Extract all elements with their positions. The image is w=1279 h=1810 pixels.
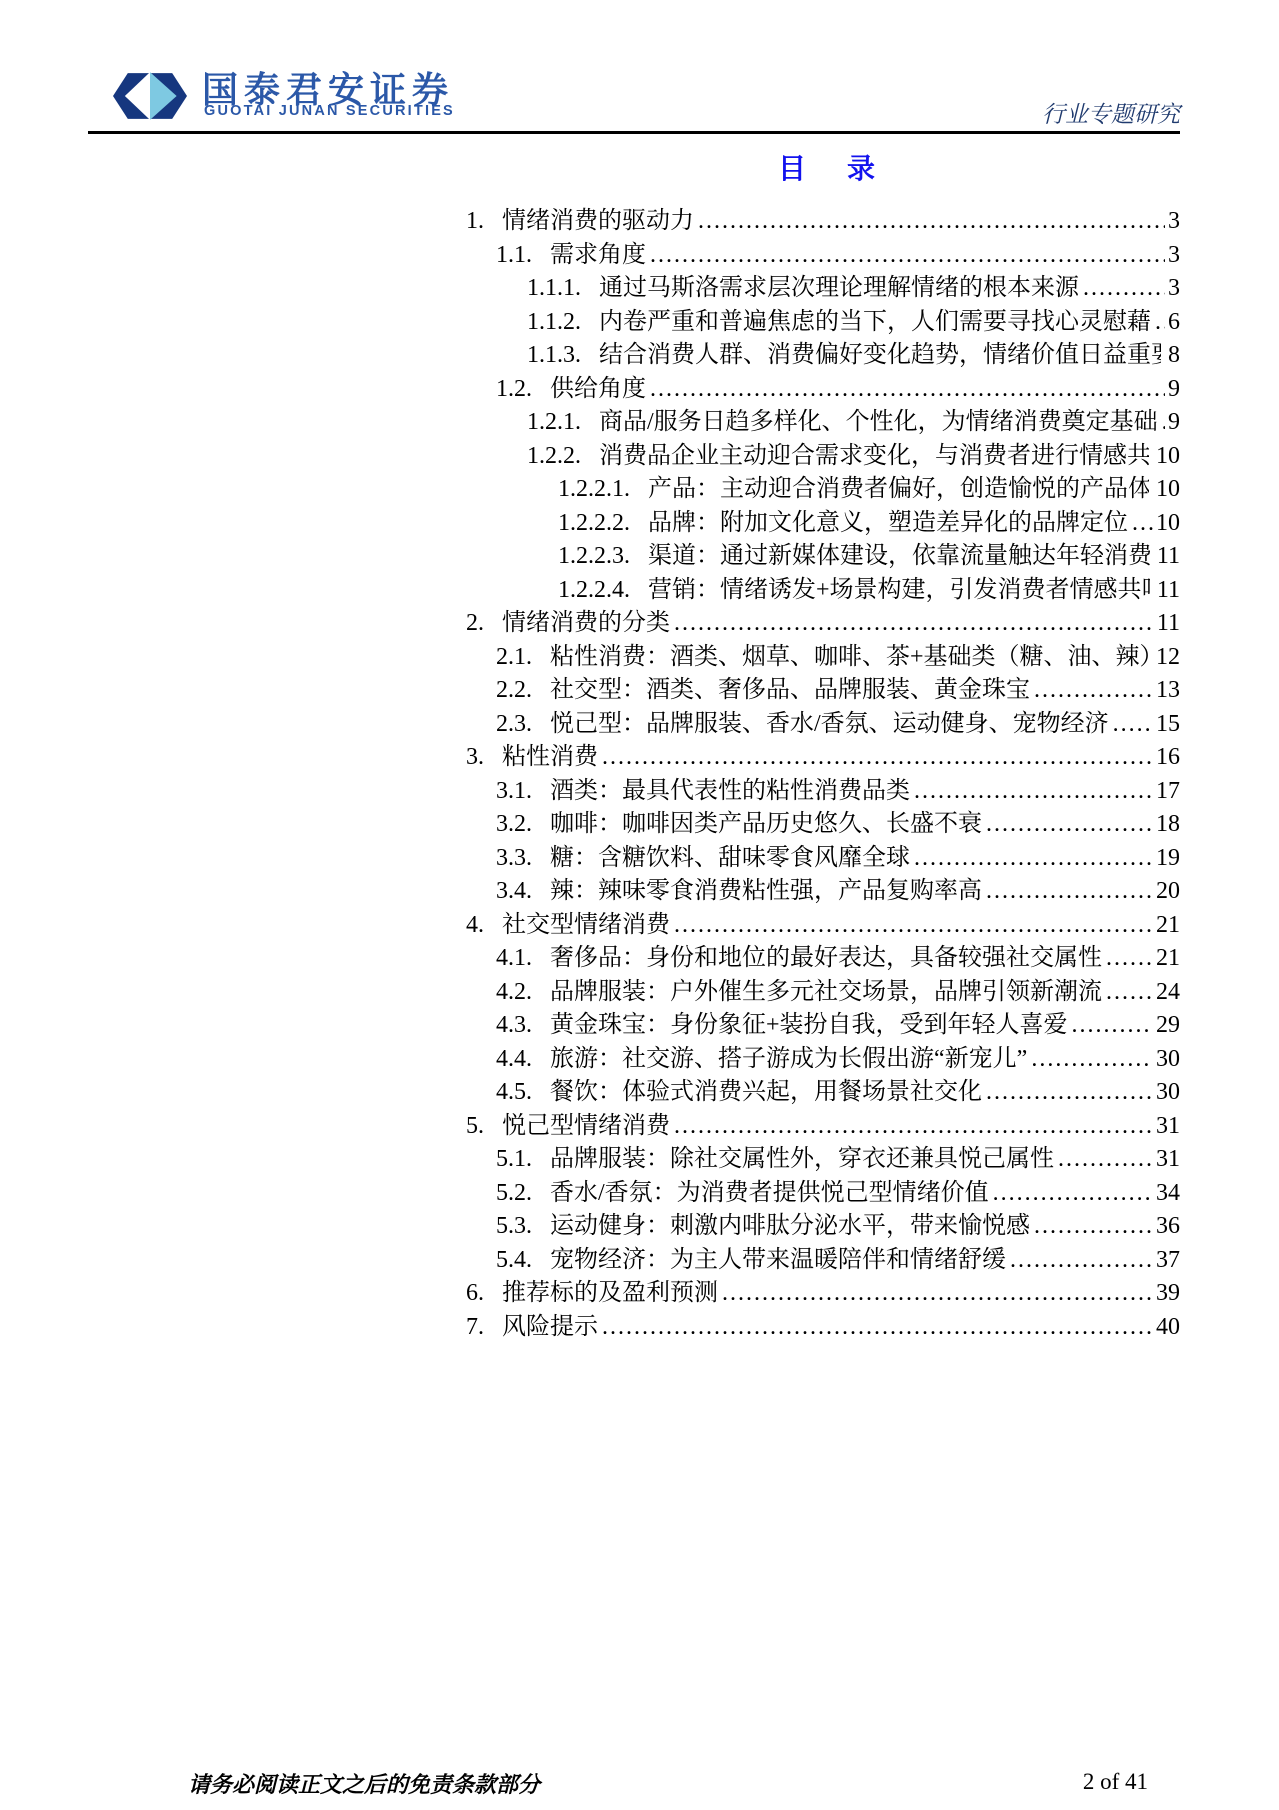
toc-entry-number: 5. <box>466 1110 484 1144</box>
toc-dot-leader <box>1149 641 1153 675</box>
toc-entry-number: 1.2.2.2. <box>558 507 630 541</box>
toc-entry[interactable]: 3.3. 糖：含糖饮料、甜味零食风靡全球 19 <box>466 842 1180 876</box>
toc-entry[interactable]: 7. 风险提示 40 <box>466 1311 1180 1345</box>
toc-entry-page: 11 <box>1157 607 1180 641</box>
toc-entry-page: 17 <box>1156 775 1180 809</box>
toc-entry-page: 21 <box>1156 909 1180 943</box>
toc-entry-page: 15 <box>1156 708 1180 742</box>
toc-entry-page: 39 <box>1156 1277 1180 1311</box>
toc-dot-leader <box>1054 1143 1153 1177</box>
toc-dot-leader <box>1102 942 1153 976</box>
toc-entry-title: 社交型：酒类、奢侈品、品牌服装、黄金珠宝 <box>550 674 1030 708</box>
toc-entry-number: 1.2.2.3. <box>558 540 630 574</box>
toc-dot-leader <box>670 1110 1153 1144</box>
toc-entry[interactable]: 4.5. 餐饮：体验式消费兴起，用餐场景社交化 30 <box>466 1076 1180 1110</box>
toc-entry-number: 4. <box>466 909 484 943</box>
toc-entry-page: 36 <box>1156 1210 1180 1244</box>
toc-entry-title: 品牌：附加文化意义，塑造差异化的品牌定位 <box>648 507 1128 541</box>
toc-entry-page: 19 <box>1156 842 1180 876</box>
toc-entry-number: 1.1.1. <box>527 272 581 306</box>
toc-entry-number: 1.1. <box>496 239 532 273</box>
toc-entry[interactable]: 5.2. 香水/香氛：为消费者提供悦己型情绪价值 34 <box>466 1177 1180 1211</box>
company-name-en: GUOTAI JUNAN SECURITIES <box>204 103 455 119</box>
toc-dot-leader <box>1079 272 1165 306</box>
toc-entry-number: 3.3. <box>496 842 532 876</box>
toc-entry-title: 品牌服装：户外催生多元社交场景，品牌引领新潮流 <box>550 976 1102 1010</box>
toc-entry-page: 24 <box>1156 976 1180 1010</box>
toc-entry-title: 运动健身：刺激内啡肽分泌水平，带来愉悦感 <box>550 1210 1030 1244</box>
toc-entry-title: 黄金珠宝：身份象征+装扮自我，受到年轻人喜爱 <box>550 1009 1068 1043</box>
toc-dot-leader <box>1068 1009 1153 1043</box>
toc-entry-number: 3. <box>466 741 484 775</box>
toc-entry[interactable]: 1.2.1. 商品/服务日趋多样化、个性化，为情绪消费奠定基础 9 <box>466 406 1180 440</box>
toc-entry[interactable]: 1.2.2.2. 品牌：附加文化意义，塑造差异化的品牌定位 10 <box>466 507 1180 541</box>
toc-dot-leader <box>670 909 1153 943</box>
toc-entry-page: 29 <box>1156 1009 1180 1043</box>
toc-dot-leader <box>1027 1043 1153 1077</box>
toc-entry-page: 13 <box>1156 674 1180 708</box>
toc-entry-title: 社交型情绪消费 <box>502 909 670 943</box>
toc-dot-leader <box>1158 406 1165 440</box>
toc-entry-page: 3 <box>1168 205 1180 239</box>
toc-entry[interactable]: 5.1. 品牌服装：除社交属性外，穿衣还兼具悦己属性 31 <box>466 1143 1180 1177</box>
toc-entry-number: 1.2.1. <box>527 406 581 440</box>
toc-entry-page: 10 <box>1156 507 1180 541</box>
toc-entry-page: 20 <box>1156 875 1180 909</box>
toc-entry-title: 供给角度 <box>550 373 646 407</box>
toc-entry-title: 糖：含糖饮料、甜味零食风靡全球 <box>550 842 910 876</box>
toc-entry-title: 旅游：社交游、搭子游成为长假出游“新宠儿” <box>550 1043 1027 1077</box>
toc-entry-number: 5.4. <box>496 1244 532 1278</box>
toc-entry-number: 1. <box>466 205 484 239</box>
toc-dot-leader <box>1161 339 1165 373</box>
toc-entry-number: 2. <box>466 607 484 641</box>
toc-entry[interactable]: 1.1. 需求角度 3 <box>466 239 1180 273</box>
toc-dot-leader <box>910 842 1153 876</box>
toc-entry[interactable]: 1.2.2.3. 渠道：通过新媒体建设，依靠流量触达年轻消费者 11 <box>466 540 1180 574</box>
toc-entry-title: 餐饮：体验式消费兴起，用餐场景社交化 <box>550 1076 982 1110</box>
toc-entry-page: 6 <box>1168 306 1180 340</box>
toc-entry-number: 7. <box>466 1311 484 1345</box>
toc-entry-title: 商品/服务日趋多样化、个性化，为情绪消费奠定基础 <box>599 406 1158 440</box>
toc-entry-title: 香水/香氛：为消费者提供悦己型情绪价值 <box>550 1177 989 1211</box>
toc-entry-title: 情绪消费的驱动力 <box>502 205 694 239</box>
toc-dot-leader <box>718 1277 1153 1311</box>
toc-entry-title: 粘性消费 <box>502 741 598 775</box>
toc-entry-number: 3.1. <box>496 775 532 809</box>
toc-dot-leader <box>982 1076 1153 1110</box>
toc-entry-title: 情绪消费的分类 <box>502 607 670 641</box>
toc-entry-number: 4.5. <box>496 1076 532 1110</box>
report-type-label: 行业专题研究 <box>1042 96 1180 129</box>
toc-entry[interactable]: 3.1. 酒类：最具代表性的粘性消费品类 17 <box>466 775 1180 809</box>
toc-entry-page: 9 <box>1168 406 1180 440</box>
toc-entry-number: 1.1.2. <box>527 306 581 340</box>
toc-entry-title: 消费品企业主动迎合需求变化，与消费者进行情感共鸣 <box>599 440 1149 474</box>
toc-dot-leader <box>982 875 1153 909</box>
toc-entry-number: 4.4. <box>496 1043 532 1077</box>
toc-entry[interactable]: 1.1.2. 内卷严重和普遍焦虑的当下，人们需要寻找心灵慰藉 6 <box>466 306 1180 340</box>
toc-dot-leader <box>1030 1210 1153 1244</box>
toc-entry[interactable]: 5. 悦己型情绪消费 31 <box>466 1110 1180 1144</box>
toc-entry-page: 21 <box>1156 942 1180 976</box>
header-divider <box>88 131 1180 134</box>
toc-dot-leader <box>646 239 1165 273</box>
toc-entry-title: 咖啡：咖啡因类产品历史悠久、长盛不衰 <box>550 808 982 842</box>
toc-dot-leader <box>1128 507 1153 541</box>
toc-entry[interactable]: 3. 粘性消费 16 <box>466 741 1180 775</box>
toc-entry[interactable]: 2.2. 社交型：酒类、奢侈品、品牌服装、黄金珠宝 13 <box>466 674 1180 708</box>
toc-dot-leader <box>1109 708 1153 742</box>
table-of-contents: 1. 情绪消费的驱动力 3 1.1. 需求角度 3 1.1.1. 通过马斯洛需求… <box>466 205 1180 1344</box>
toc-entry[interactable]: 1.2.2.4. 营销：情绪诱发+场景构建，引发消费者情感共鸣 11 <box>466 574 1180 608</box>
toc-entry[interactable]: 4.2. 品牌服装：户外催生多元社交场景，品牌引领新潮流 24 <box>466 976 1180 1010</box>
toc-entry-page: 3 <box>1168 239 1180 273</box>
toc-dot-leader <box>1150 540 1154 574</box>
toc-entry-page: 9 <box>1168 373 1180 407</box>
toc-entry-number: 2.3. <box>496 708 532 742</box>
toc-entry-title: 风险提示 <box>502 1311 598 1345</box>
toc-entry-title: 奢侈品：身份和地位的最好表达，具备较强社交属性 <box>550 942 1102 976</box>
toc-entry-page: 40 <box>1156 1311 1180 1345</box>
toc-dot-leader <box>1151 306 1165 340</box>
toc-entry-title: 产品：主动迎合消费者偏好，创造愉悦的产品体验 <box>648 473 1149 507</box>
toc-dot-leader <box>1149 440 1153 474</box>
toc-entry[interactable]: 1. 情绪消费的驱动力 3 <box>466 205 1180 239</box>
toc-dot-leader <box>1006 1244 1153 1278</box>
toc-entry-title: 悦己型情绪消费 <box>502 1110 670 1144</box>
toc-dot-leader <box>598 1311 1153 1345</box>
toc-dot-leader <box>646 373 1165 407</box>
toc-entry-page: 16 <box>1156 741 1180 775</box>
toc-entry-page: 12 <box>1156 641 1180 675</box>
toc-entry-number: 5.2. <box>496 1177 532 1211</box>
toc-entry[interactable]: 1.1.1. 通过马斯洛需求层次理论理解情绪的根本来源 3 <box>466 272 1180 306</box>
toc-entry-title: 需求角度 <box>550 239 646 273</box>
toc-entry[interactable]: 4.3. 黄金珠宝：身份象征+装扮自我，受到年轻人喜爱 29 <box>466 1009 1180 1043</box>
toc-entry-number: 1.2. <box>496 373 532 407</box>
toc-entry-page: 31 <box>1156 1143 1180 1177</box>
toc-entry[interactable]: 1.2. 供给角度 9 <box>466 373 1180 407</box>
toc-entry-page: 18 <box>1156 808 1180 842</box>
toc-entry[interactable]: 1.1.3. 结合消费人群、消费偏好变化趋势，情绪价值日益重要 8 <box>466 339 1180 373</box>
toc-dot-leader <box>1149 473 1153 507</box>
toc-entry-number: 1.2.2.4. <box>558 574 630 608</box>
toc-entry-number: 4.2. <box>496 976 532 1010</box>
toc-entry-title: 品牌服装：除社交属性外，穿衣还兼具悦己属性 <box>550 1143 1054 1177</box>
toc-entry[interactable]: 4. 社交型情绪消费 21 <box>466 909 1180 943</box>
toc-entry-title: 营销：情绪诱发+场景构建，引发消费者情感共鸣 <box>648 574 1150 608</box>
toc-entry-title: 内卷严重和普遍焦虑的当下，人们需要寻找心灵慰藉 <box>599 306 1151 340</box>
toc-entry[interactable]: 1.2.2. 消费品企业主动迎合需求变化，与消费者进行情感共鸣 10 <box>466 440 1180 474</box>
toc-dot-leader <box>1030 674 1153 708</box>
toc-dot-leader <box>989 1177 1153 1211</box>
toc-entry-number: 3.4. <box>496 875 532 909</box>
toc-entry[interactable]: 2. 情绪消费的分类 11 <box>466 607 1180 641</box>
toc-entry[interactable]: 4.1. 奢侈品：身份和地位的最好表达，具备较强社交属性 21 <box>466 942 1180 976</box>
toc-entry[interactable]: 2.3. 悦己型：品牌服装、香水/香氛、运动健身、宠物经济 15 <box>466 708 1180 742</box>
toc-entry-page: 10 <box>1156 440 1180 474</box>
toc-entry-page: 30 <box>1156 1043 1180 1077</box>
toc-entry[interactable]: 4.4. 旅游：社交游、搭子游成为长假出游“新宠儿” 30 <box>466 1043 1180 1077</box>
toc-entry-page: 30 <box>1156 1076 1180 1110</box>
toc-entry[interactable]: 2.1. 粘性消费：酒类、烟草、咖啡、茶+基础类（糖、油、辣） 12 <box>466 641 1180 675</box>
toc-dot-leader <box>1102 976 1153 1010</box>
toc-entry-page: 11 <box>1157 574 1180 608</box>
toc-entry-number: 1.2.2. <box>527 440 581 474</box>
toc-entry-number: 1.1.3. <box>527 339 581 373</box>
toc-entry-title: 推荐标的及盈利预测 <box>502 1277 718 1311</box>
toc-entry-number: 5.1. <box>496 1143 532 1177</box>
toc-dot-leader <box>982 808 1153 842</box>
toc-entry[interactable]: 3.2. 咖啡：咖啡因类产品历史悠久、长盛不衰 18 <box>466 808 1180 842</box>
toc-entry-page: 8 <box>1168 339 1180 373</box>
toc-entry-number: 6. <box>466 1277 484 1311</box>
toc-dot-leader <box>670 607 1154 641</box>
toc-entry[interactable]: 6. 推荐标的及盈利预测 39 <box>466 1277 1180 1311</box>
toc-entry-number: 3.2. <box>496 808 532 842</box>
toc-entry-page: 31 <box>1156 1110 1180 1144</box>
toc-entry-number: 4.1. <box>496 942 532 976</box>
toc-entry-page: 3 <box>1168 272 1180 306</box>
toc-entry[interactable]: 5.3. 运动健身：刺激内啡肽分泌水平，带来愉悦感 36 <box>466 1210 1180 1244</box>
toc-entry-title: 通过马斯洛需求层次理论理解情绪的根本来源 <box>599 272 1079 306</box>
toc-entry[interactable]: 1.2.2.1. 产品：主动迎合消费者偏好，创造愉悦的产品体验 10 <box>466 473 1180 507</box>
toc-entry-page: 37 <box>1156 1244 1180 1278</box>
toc-entry[interactable]: 3.4. 辣：辣味零食消费粘性强，产品复购率高 20 <box>466 875 1180 909</box>
toc-entry-title: 结合消费人群、消费偏好变化趋势，情绪价值日益重要 <box>599 339 1161 373</box>
toc-entry-title: 宠物经济：为主人带来温暖陪伴和情绪舒缓 <box>550 1244 1006 1278</box>
toc-entry[interactable]: 5.4. 宠物经济：为主人带来温暖陪伴和情绪舒缓 37 <box>466 1244 1180 1278</box>
footer-disclaimer: 请务必阅读正文之后的免责条款部分 <box>188 1768 540 1799</box>
toc-entry-page: 34 <box>1156 1177 1180 1211</box>
toc-entry-title: 渠道：通过新媒体建设，依靠流量触达年轻消费者 <box>648 540 1150 574</box>
toc-entry-number: 1.2.2.1. <box>558 473 630 507</box>
toc-entry-number: 4.3. <box>496 1009 532 1043</box>
toc-entry-title: 酒类：最具代表性的粘性消费品类 <box>550 775 910 809</box>
toc-entry-title: 辣：辣味零食消费粘性强，产品复购率高 <box>550 875 982 909</box>
toc-dot-leader <box>1150 574 1154 608</box>
document-page: 国泰君安证券 GUOTAI JUNAN SECURITIES 行业专题研究 目 … <box>0 0 1279 1810</box>
toc-dot-leader <box>598 741 1153 775</box>
toc-entry-page: 10 <box>1156 473 1180 507</box>
toc-dot-leader <box>694 205 1165 239</box>
page-number-indicator: 2 of 41 <box>1083 1769 1148 1795</box>
toc-entry-page: 11 <box>1157 540 1180 574</box>
toc-entry-number: 2.1. <box>496 641 532 675</box>
toc-entry-title: 粘性消费：酒类、烟草、咖啡、茶+基础类（糖、油、辣） <box>550 641 1149 675</box>
guotai-junan-logo-icon <box>113 70 187 122</box>
toc-entry-number: 2.2. <box>496 674 532 708</box>
toc-entry-title: 悦己型：品牌服装、香水/香氛、运动健身、宠物经济 <box>550 708 1109 742</box>
toc-title: 目 录 <box>778 147 892 187</box>
toc-entry-number: 5.3. <box>496 1210 532 1244</box>
toc-dot-leader <box>910 775 1153 809</box>
